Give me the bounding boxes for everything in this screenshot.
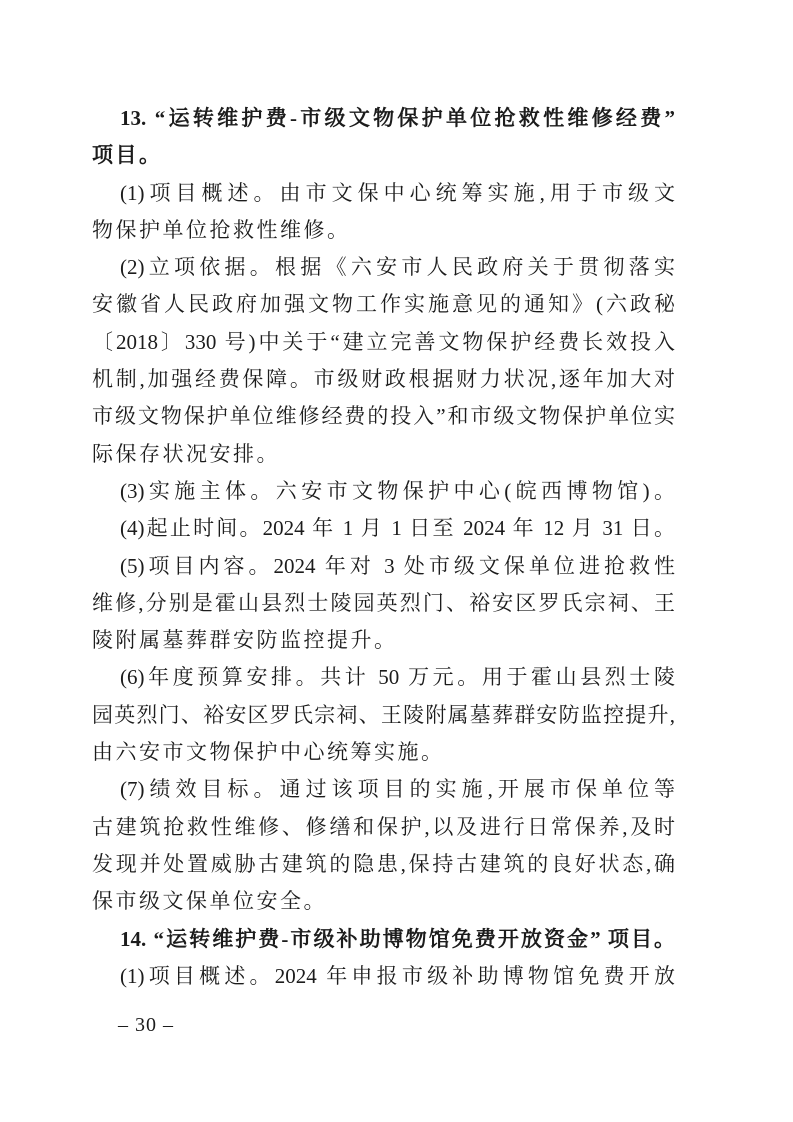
paragraph-line: 际保存状况安排。 — [92, 436, 675, 473]
paragraph-line: (2)立项依据。根据《六安市人民政府关于贯彻落实 — [92, 249, 675, 286]
paragraph-line: 古建筑抢救性维修、修缮和保护,以及进行日常保养,及时 — [92, 809, 675, 846]
paragraph-line: (1)项目概述。由市文保中心统筹实施,用于市级文 — [92, 175, 675, 212]
section-14-heading: 14. “运转维护费-市级补助博物馆免费开放资金” 项目。 — [92, 921, 675, 958]
document-page: 13. “运转维护费-市级文物保护单位抢救性维修经费” 项目。 (1)项目概述。… — [0, 0, 793, 1122]
paragraph-line: (7)绩效目标。通过该项目的实施,开展市保单位等 — [92, 771, 675, 808]
paragraph-line: (6)年度预算安排。共计 50 万元。用于霍山县烈士陵 — [92, 659, 675, 696]
paragraph-line: 市级文物保护单位维修经费的投入”和市级文物保护单位实 — [92, 398, 675, 435]
paragraph-line: 维修,分别是霍山县烈士陵园英烈门、裕安区罗氏宗祠、王 — [92, 585, 675, 622]
page-number: – 30 – — [118, 1012, 174, 1038]
paragraph-line: 安徽省人民政府加强文物工作实施意见的通知》(六政秘 — [92, 286, 675, 323]
paragraph-line: (1)项目概述。2024 年申报市级补助博物馆免费开放 — [92, 958, 675, 995]
section-13-heading-line-1: 13. “运转维护费-市级文物保护单位抢救性维修经费” — [92, 100, 675, 137]
paragraph-line: 物保护单位抢救性维修。 — [92, 212, 675, 249]
section-13-heading-line-2: 项目。 — [92, 137, 675, 174]
paragraph-line: 保市级文保单位安全。 — [92, 883, 675, 920]
paragraph-line: 园英烈门、裕安区罗氏宗祠、王陵附属墓葬群安防监控提升, — [92, 697, 675, 734]
paragraph-line: 发现并处置威胁古建筑的隐患,保持古建筑的良好状态,确 — [92, 846, 675, 883]
paragraph-line: (4)起止时间。2024 年 1 月 1 日至 2024 年 12 月 31 日… — [92, 510, 675, 547]
document-body: 13. “运转维护费-市级文物保护单位抢救性维修经费” 项目。 (1)项目概述。… — [92, 100, 675, 995]
paragraph-line: (3)实施主体。六安市文物保护中心(皖西博物馆)。 — [92, 473, 675, 510]
paragraph-line: 〔2018〕330 号)中关于“建立完善文物保护经费长效投入 — [92, 324, 675, 361]
paragraph-line: 由六安市文物保护中心统筹实施。 — [92, 734, 675, 771]
paragraph-line: 机制,加强经费保障。市级财政根据财力状况,逐年加大对 — [92, 361, 675, 398]
paragraph-line: (5)项目内容。2024 年对 3 处市级文保单位进抢救性 — [92, 548, 675, 585]
paragraph-line: 陵附属墓葬群安防监控提升。 — [92, 622, 675, 659]
